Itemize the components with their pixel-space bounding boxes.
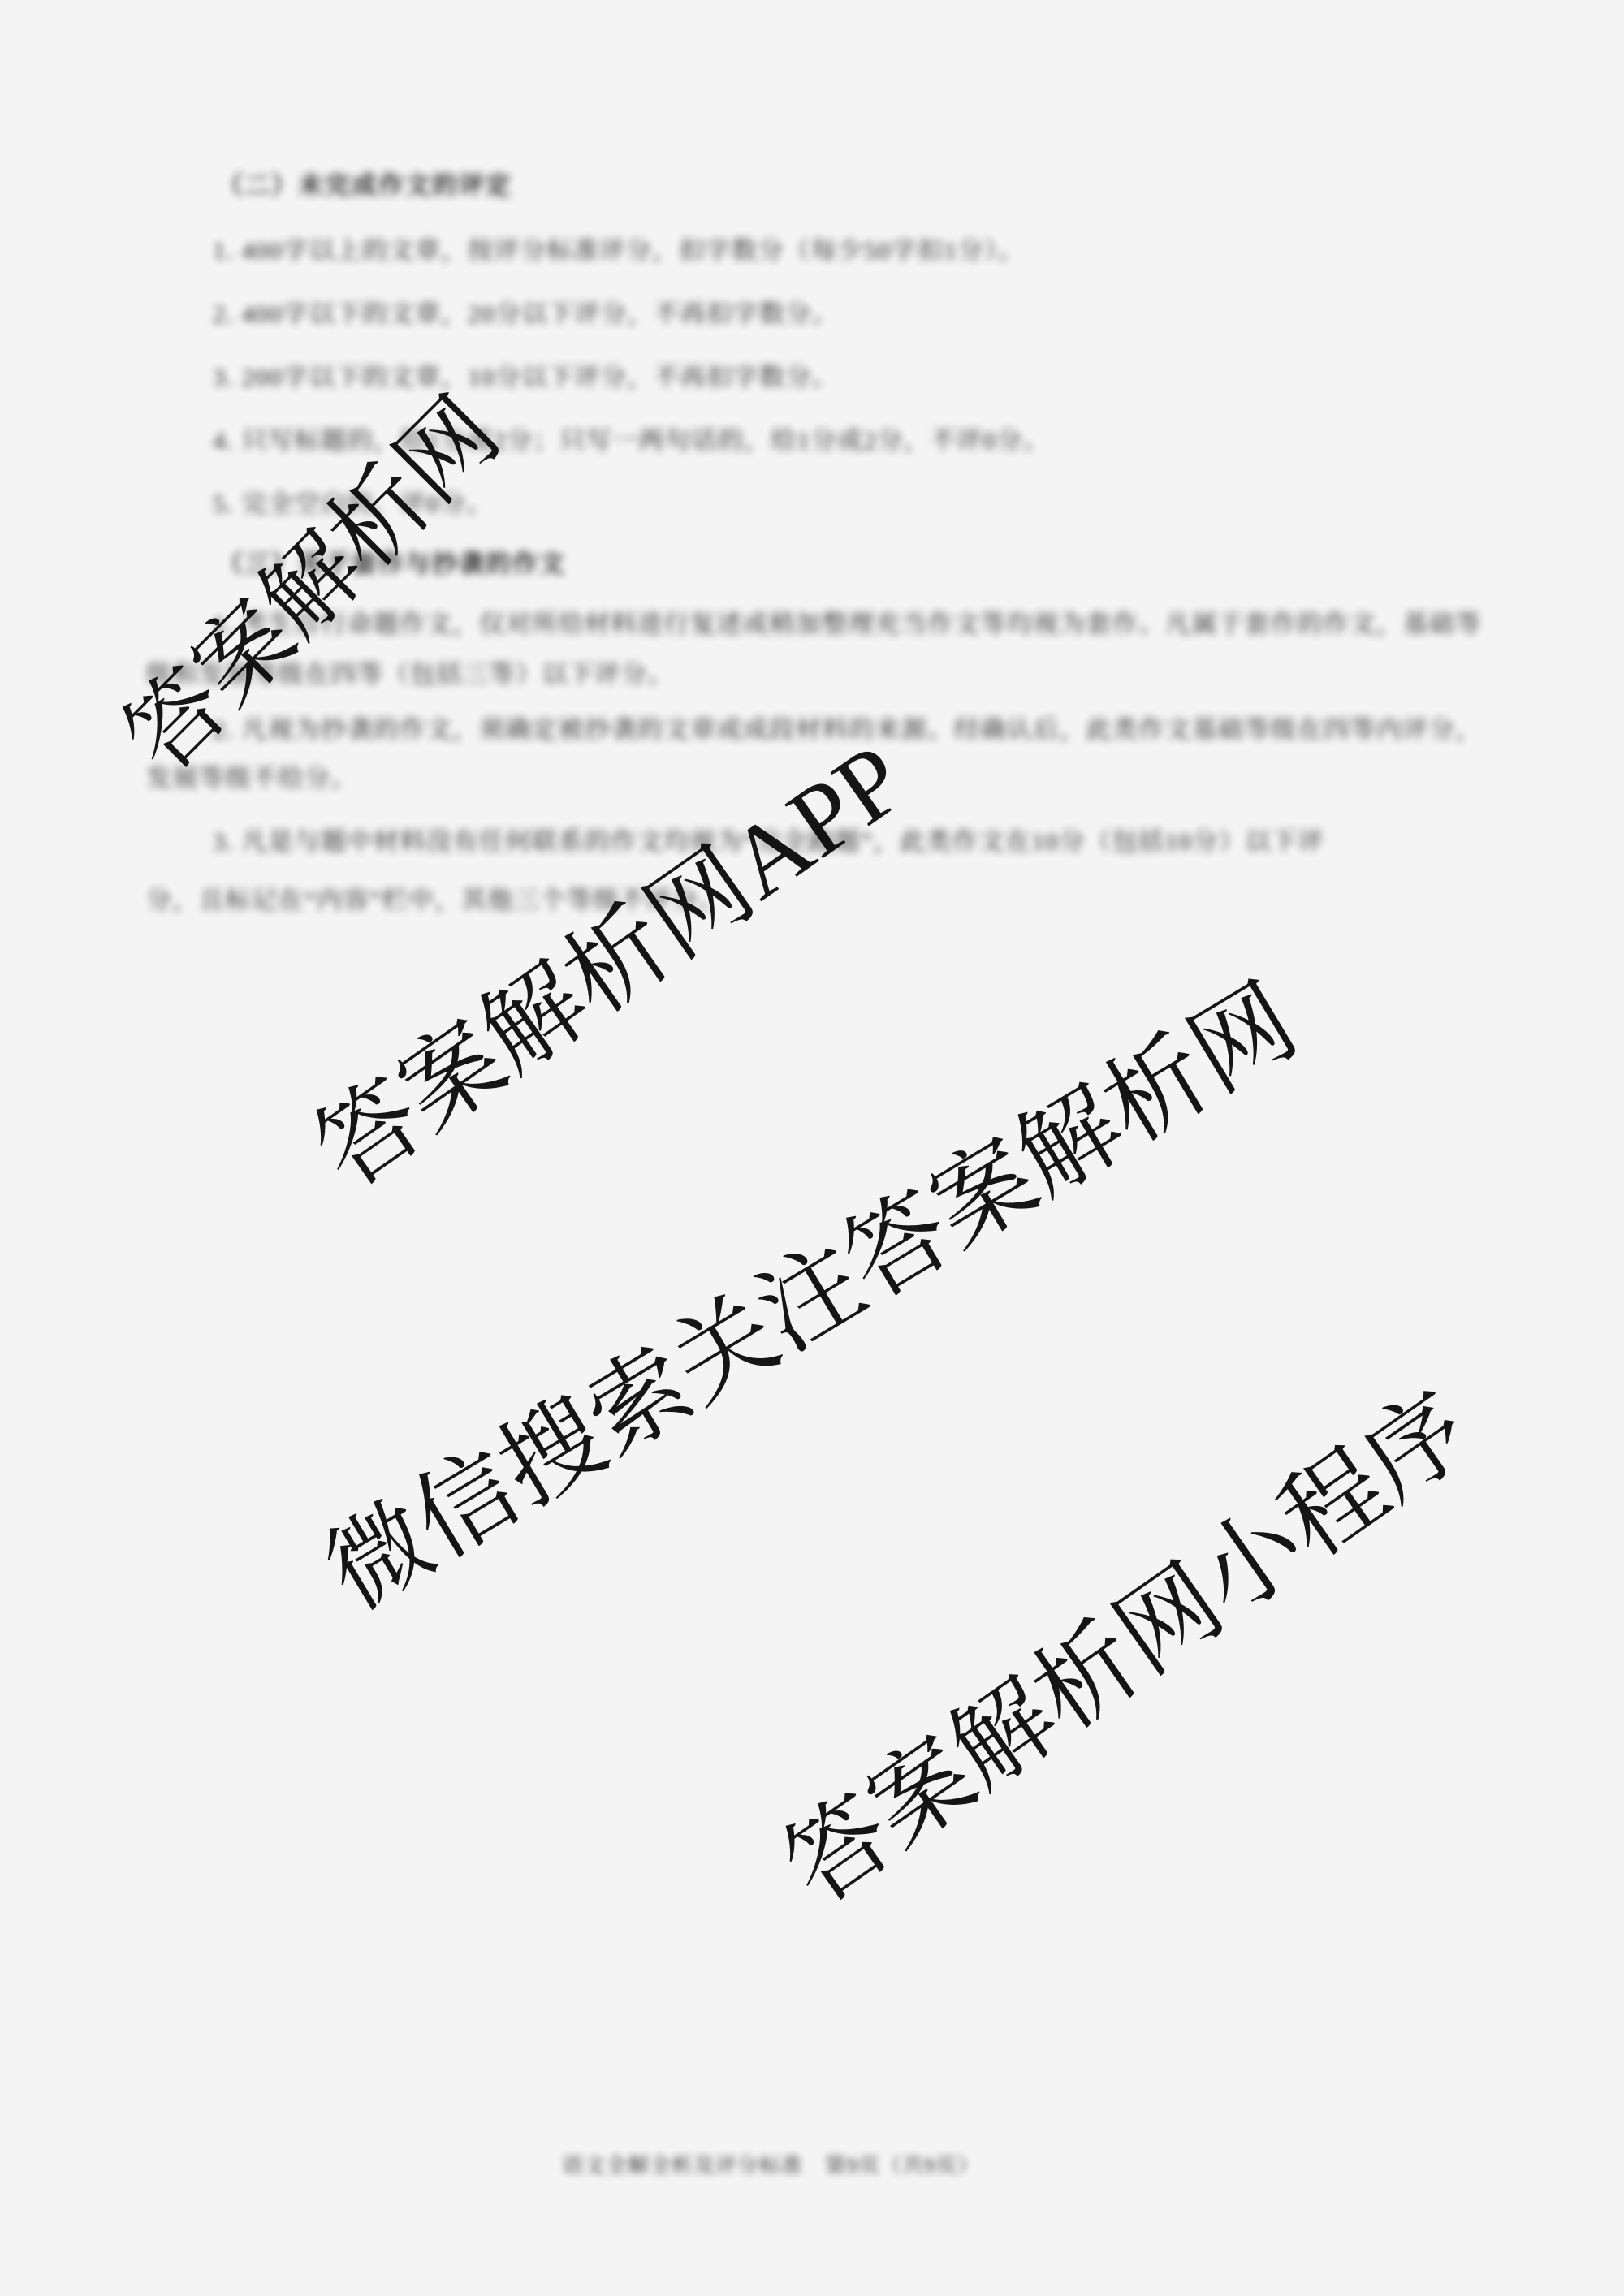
paragraph-1-line-1: 1. 考生自行命题作文，仅对所给材料进行复述或稍加整理充当作文等均视为套作。凡属… [213,611,1482,637]
rubric-item-1: 1. 400字以上的文章，按评分标准评分，扣字数分（每少50字扣1分）。 [213,238,1025,263]
section-heading-2: （二）未完成作文的评定 [218,173,512,198]
page-footer: 语文全解全析及评分标准 第9页（共9页） [562,2156,979,2177]
rubric-item-2: 2. 400字以下的文章，20分以下评分，不再扣字数分。 [213,301,839,326]
rubric-item-4: 4. 只写标题的，给1分或2分；只写一两句话的，给1分或2分，不评0分。 [213,428,1050,453]
rubric-item-3: 3. 200字以下的文章，10分以下评分，不再扣字数分。 [213,365,839,390]
watermark-mini-program: 答案解析网小程序 [769,1376,1487,1921]
document-page: （二）未完成作文的评定 1. 400字以上的文章，按评分标准评分，扣字数分（每少… [0,0,1624,2296]
watermark-app: 答案解析网APP [300,727,921,1205]
